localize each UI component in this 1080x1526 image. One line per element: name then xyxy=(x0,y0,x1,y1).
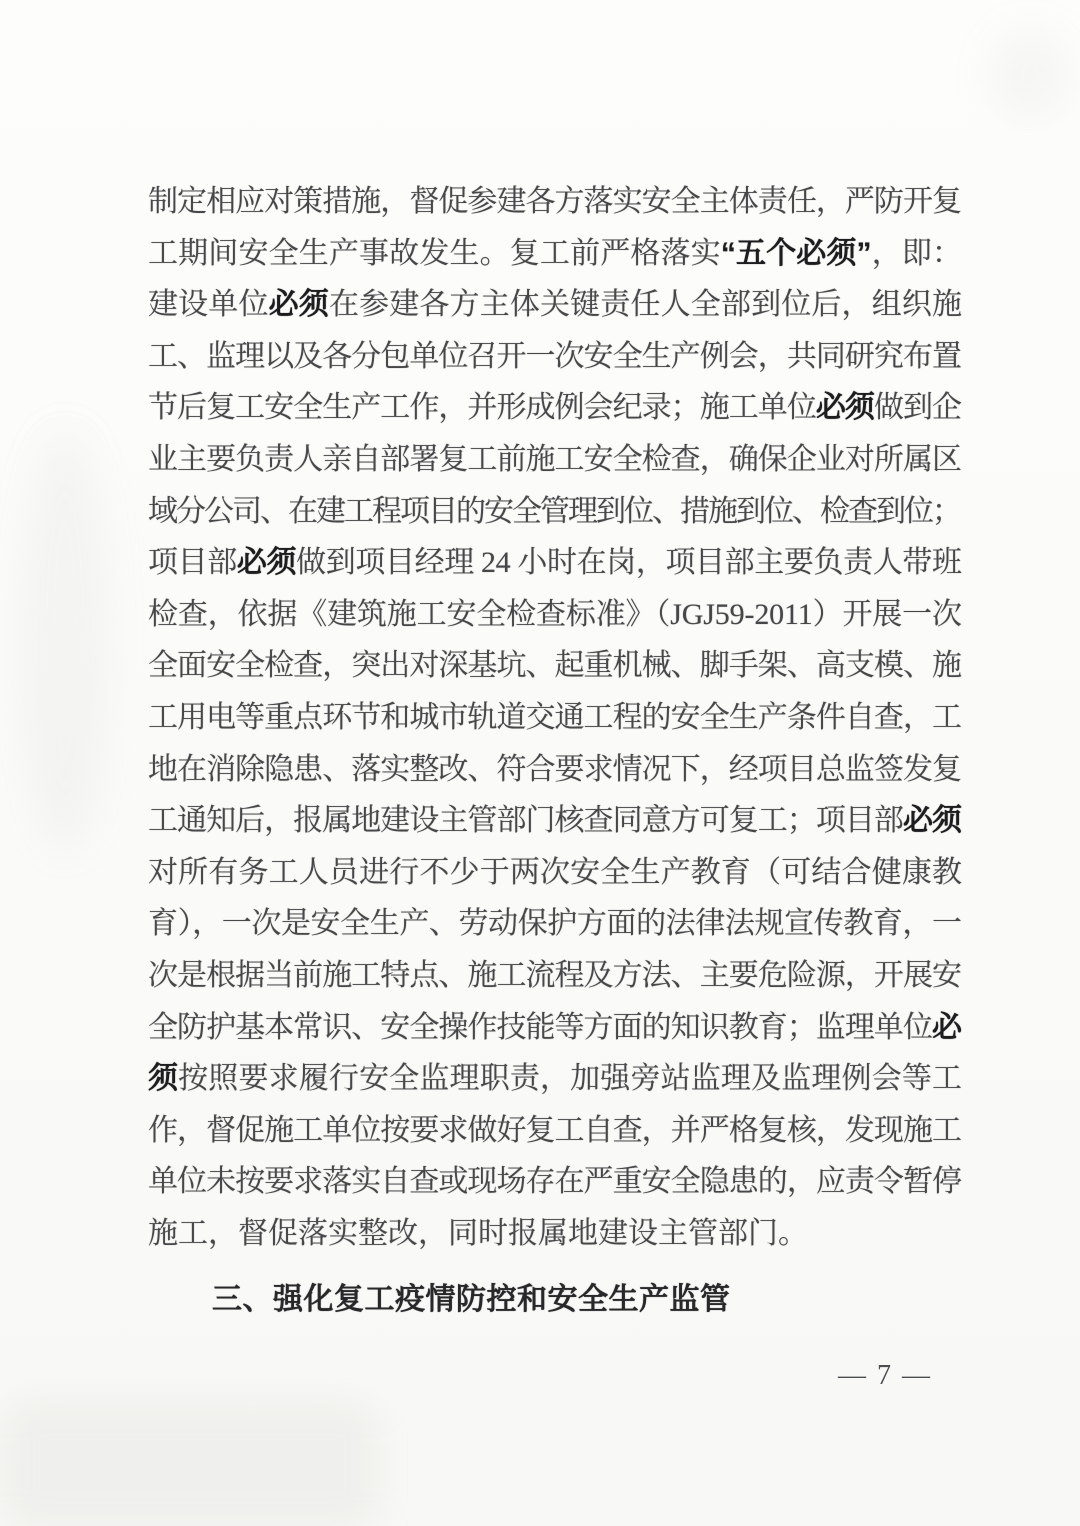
document-page: 制定相应对策措施，督促参建各方落实安全主体责任，严防开复工期间安全生产事故发生。… xyxy=(0,0,1080,1526)
emphasis-text: 必须 xyxy=(237,546,296,579)
text-line-content: 对所有务工人员进行不少于两次安全生产教育（可结合健康教 xyxy=(148,847,962,899)
section-heading: 三、强化复工疫情防控和安全生产监管 xyxy=(212,1280,731,1320)
page-number: — 7 — xyxy=(838,1358,932,1394)
scan-artifact xyxy=(990,30,1070,120)
text-line-content: 工用电等重点环节和城市轨道交通工程的安全生产条件自查，工 xyxy=(148,692,961,744)
text-line: 项目部必须做到项目经理 24 小时在岗，项目部主要负责人带班 xyxy=(148,537,962,589)
emphasis-text: 须 xyxy=(148,1062,178,1095)
text-segment: ，即： xyxy=(872,237,962,270)
emphasis-text: 必须 xyxy=(269,288,329,321)
text-segment: 工期间安全生产事故发生。复工前严格落实 xyxy=(148,237,721,270)
text-segment: 项目部 xyxy=(148,546,237,579)
text-segment: 育），一次是安全生产、劳动保护方面的法律法规宣传教育，一 xyxy=(148,907,962,940)
text-segment: 作，督促施工单位按要求做好复工自查，并严格复核，发现施工 xyxy=(148,1114,961,1147)
text-line-content: 次是根据当前施工特点、施工流程及方法、主要危险源，开展安 xyxy=(148,950,961,1002)
text-line-content: 节后复工安全生产工作，并形成例会纪录；施工单位必须做到企 xyxy=(148,382,961,434)
text-line-content: 建设单位必须在参建各方主体关键责任人全部到位后，组织施 xyxy=(148,279,962,331)
text-line: 单位未按要求落实自查或现场存在严重安全隐患的，应责令暂停 xyxy=(148,1156,962,1208)
emphasis-text: 必须 xyxy=(816,391,874,424)
text-line-content: 地在消除隐患、落实整改、符合要求情况下，经项目总监签发复 xyxy=(148,744,961,796)
text-segment: 地在消除隐患、落实整改、符合要求情况下，经项目总监签发复 xyxy=(148,753,961,786)
text-segment: 单位未按要求落实自查或现场存在严重安全隐患的，应责令暂停 xyxy=(148,1165,961,1198)
text-segment: 检查，依据《建筑施工安全检查标准》（JGJ59-2011）开展一次 xyxy=(148,598,962,631)
text-segment: 全防护基本常识、安全操作技能等方面的知识教育；监理单位 xyxy=(148,1011,932,1044)
body-text: 制定相应对策措施，督促参建各方落实安全主体责任，严防开复工期间安全生产事故发生。… xyxy=(148,176,962,1259)
text-line-content: 业主要负责人亲自部署复工前施工安全检查，确保企业对所属区 xyxy=(148,434,961,486)
emphasis-text: 必须 xyxy=(903,804,961,837)
emphasis-text: “五个必须” xyxy=(721,237,872,270)
text-line-content: 全面安全检查，突出对深基坑、起重机械、脚手架、高支模、施 xyxy=(148,640,961,692)
text-line: 工用电等重点环节和城市轨道交通工程的安全生产条件自查，工 xyxy=(148,692,962,744)
text-line-content: 制定相应对策措施，督促参建各方落实安全主体责任，严防开复 xyxy=(148,176,961,228)
text-segment: 施工，督促落实整改，同时报属地建设主管部门。 xyxy=(148,1217,808,1250)
text-segment: 按照要求履行安全监理职责，加强旁站监理及监理例会等工 xyxy=(178,1062,962,1095)
text-line: 全面安全检查，突出对深基坑、起重机械、脚手架、高支模、施 xyxy=(148,640,962,692)
text-line: 育），一次是安全生产、劳动保护方面的法律法规宣传教育，一 xyxy=(148,898,962,950)
text-line: 制定相应对策措施，督促参建各方落实安全主体责任，严防开复 xyxy=(148,176,962,228)
text-line: 工、监理以及各分包单位召开一次安全生产例会，共同研究布置 xyxy=(148,331,962,383)
text-line: 域分公司、在建工程项目的安全管理到位、措施到位、检查到位； xyxy=(148,486,962,538)
text-line-content: 项目部必须做到项目经理 24 小时在岗，项目部主要负责人带班 xyxy=(148,537,962,589)
text-line: 地在消除隐患、落实整改、符合要求情况下，经项目总监签发复 xyxy=(148,744,962,796)
emphasis-text: 必 xyxy=(932,1011,961,1044)
text-segment: 域分公司、在建工程项目的安全管理到位、措施到位、检查到位； xyxy=(148,495,960,528)
text-line-content: 单位未按要求落实自查或现场存在严重安全隐患的，应责令暂停 xyxy=(148,1156,961,1208)
text-segment: 在参建各方主体关键责任人全部到位后，组织施 xyxy=(329,288,962,321)
text-line: 施工，督促落实整改，同时报属地建设主管部门。 xyxy=(148,1208,962,1260)
text-line: 建设单位必须在参建各方主体关键责任人全部到位后，组织施 xyxy=(148,279,962,331)
text-line: 节后复工安全生产工作，并形成例会纪录；施工单位必须做到企 xyxy=(148,382,962,434)
text-line-content: 域分公司、在建工程项目的安全管理到位、措施到位、检查到位； xyxy=(148,486,960,538)
text-line-content: 作，督促施工单位按要求做好复工自查，并严格复核，发现施工 xyxy=(148,1105,961,1157)
text-segment: 次是根据当前施工特点、施工流程及方法、主要危险源，开展安 xyxy=(148,959,961,992)
text-line: 作，督促施工单位按要求做好复工自查，并严格复核，发现施工 xyxy=(148,1105,962,1157)
text-line: 检查，依据《建筑施工安全检查标准》（JGJ59-2011）开展一次 xyxy=(148,589,962,641)
text-line: 须按照要求履行安全监理职责，加强旁站监理及监理例会等工 xyxy=(148,1053,962,1105)
text-line-content: 须按照要求履行安全监理职责，加强旁站监理及监理例会等工 xyxy=(148,1053,962,1105)
text-segment: 做到项目经理 24 小时在岗，项目部主要负责人带班 xyxy=(296,546,962,579)
text-line-content: 工期间安全生产事故发生。复工前严格落实“五个必须”，即： xyxy=(148,228,962,280)
scan-artifact xyxy=(0,1400,380,1526)
text-segment: 做到企 xyxy=(874,391,961,424)
text-segment: 建设单位 xyxy=(148,288,269,321)
text-segment: 工用电等重点环节和城市轨道交通工程的安全生产条件自查，工 xyxy=(148,701,961,734)
text-segment: 全面安全检查，突出对深基坑、起重机械、脚手架、高支模、施 xyxy=(148,649,961,682)
text-segment: 节后复工安全生产工作，并形成例会纪录；施工单位 xyxy=(148,391,816,424)
text-segment: 工通知后，报属地建设主管部门核查同意方可复工；项目部 xyxy=(148,804,903,837)
text-line: 业主要负责人亲自部署复工前施工安全检查，确保企业对所属区 xyxy=(148,434,962,486)
text-line: 工期间安全生产事故发生。复工前严格落实“五个必须”，即： xyxy=(148,228,962,280)
text-line-content: 全防护基本常识、安全操作技能等方面的知识教育；监理单位必 xyxy=(148,1002,961,1054)
text-line-content: 工、监理以及各分包单位召开一次安全生产例会，共同研究布置 xyxy=(148,331,961,383)
text-line-content: 工通知后，报属地建设主管部门核查同意方可复工；项目部必须 xyxy=(148,795,961,847)
text-line: 对所有务工人员进行不少于两次安全生产教育（可结合健康教 xyxy=(148,847,962,899)
text-segment: 业主要负责人亲自部署复工前施工安全检查，确保企业对所属区 xyxy=(148,443,961,476)
text-line-content: 施工，督促落实整改，同时报属地建设主管部门。 xyxy=(148,1208,808,1260)
text-line-content: 检查，依据《建筑施工安全检查标准》（JGJ59-2011）开展一次 xyxy=(148,589,962,641)
text-segment: 制定相应对策措施，督促参建各方落实安全主体责任，严防开复 xyxy=(148,185,961,218)
text-segment: 工、监理以及各分包单位召开一次安全生产例会，共同研究布置 xyxy=(148,340,961,373)
text-line: 全防护基本常识、安全操作技能等方面的知识教育；监理单位必 xyxy=(148,1002,962,1054)
text-line: 工通知后，报属地建设主管部门核查同意方可复工；项目部必须 xyxy=(148,795,962,847)
text-line-content: 育），一次是安全生产、劳动保护方面的法律法规宣传教育，一 xyxy=(148,898,962,950)
text-line: 次是根据当前施工特点、施工流程及方法、主要危险源，开展安 xyxy=(148,950,962,1002)
scan-artifact xyxy=(20,430,110,850)
text-segment: 对所有务工人员进行不少于两次安全生产教育（可结合健康教 xyxy=(148,856,962,889)
